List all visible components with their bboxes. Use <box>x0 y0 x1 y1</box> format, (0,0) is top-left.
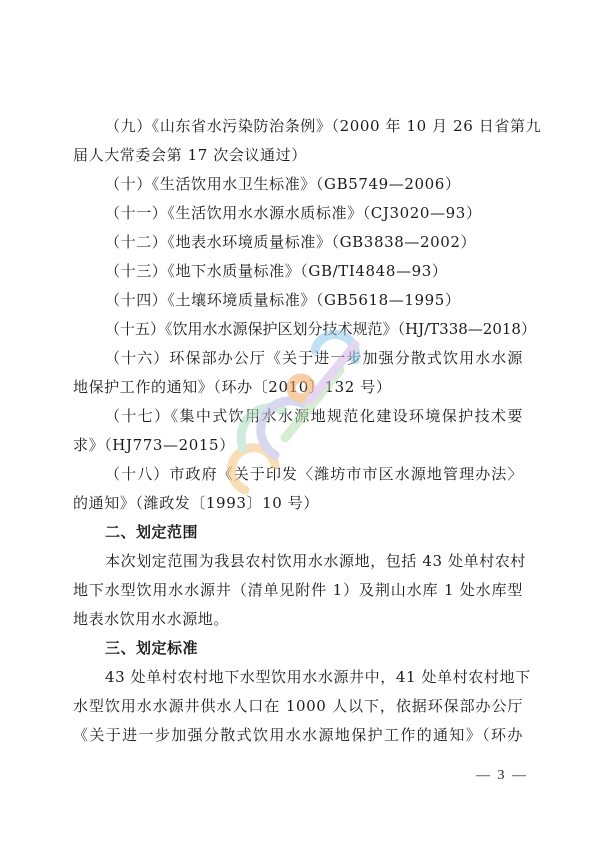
text-line: （十七）《集中式饮用水水源地规范化建设环境保护技术要 <box>73 402 523 431</box>
text-line: 届人大常委会第 17 次会议通过） <box>73 141 523 170</box>
text-line: 求》（HJ773—2015） <box>73 431 523 460</box>
page-number: — 3 — <box>476 768 528 784</box>
text-line: （九）《山东省水污染防治条例》（2000 年 10 月 26 日省第九 <box>73 112 523 141</box>
text-line: （十五）《饮用水水源保护区划分技术规范》（HJ/T338—2018） <box>73 315 523 344</box>
document-body: （九）《山东省水污染防治条例》（2000 年 10 月 26 日省第九 届人大常… <box>73 112 523 750</box>
text-line: （十二）《地表水环境质量标准》（GB3838—2002） <box>73 228 523 257</box>
document-page: （九）《山东省水污染防治条例》（2000 年 10 月 26 日省第九 届人大常… <box>0 0 595 841</box>
section-heading: 二、划定范围 <box>73 518 523 547</box>
text-line: 的通知》（潍政发〔1993〕10 号） <box>73 489 523 518</box>
section-heading: 三、划定标准 <box>73 634 523 663</box>
text-line: （十六）环保部办公厅《关于进一步加强分散式饮用水水源 <box>73 344 523 373</box>
text-line: （十四）《土壤环境质量标准》（GB5618—1995） <box>73 286 523 315</box>
text-line: 地下水型饮用水水源井（清单见附件 1）及荆山水库 1 处水库型 <box>73 576 523 605</box>
text-line: （十一）《生活饮用水水源水质标准》（CJ3020—93） <box>73 199 523 228</box>
text-line: 地保护工作的通知》（环办〔2010〕132 号） <box>73 373 523 402</box>
text-line: 《关于进一步加强分散式饮用水水源地保护工作的通知》（环办 <box>73 721 523 750</box>
text-line: 地表水饮用水水源地。 <box>73 605 523 634</box>
text-line: 本次划定范围为我县农村饮用水水源地，包括 43 处单村农村 <box>73 547 523 576</box>
text-line: （十三）《地下水质量标准》（GB/TI4848—93） <box>73 257 523 286</box>
text-line: （十八）市政府《关于印发〈潍坊市市区水源地管理办法〉 <box>73 460 523 489</box>
text-line: 水型饮用水水源井供水人口在 1000 人以下，依据环保部办公厅 <box>73 692 523 721</box>
text-line: 43 处单村农村地下水型饮用水水源井中，41 处单村农村地下 <box>73 663 523 692</box>
text-line: （十）《生活饮用水卫生标准》（GB5749—2006） <box>73 170 523 199</box>
